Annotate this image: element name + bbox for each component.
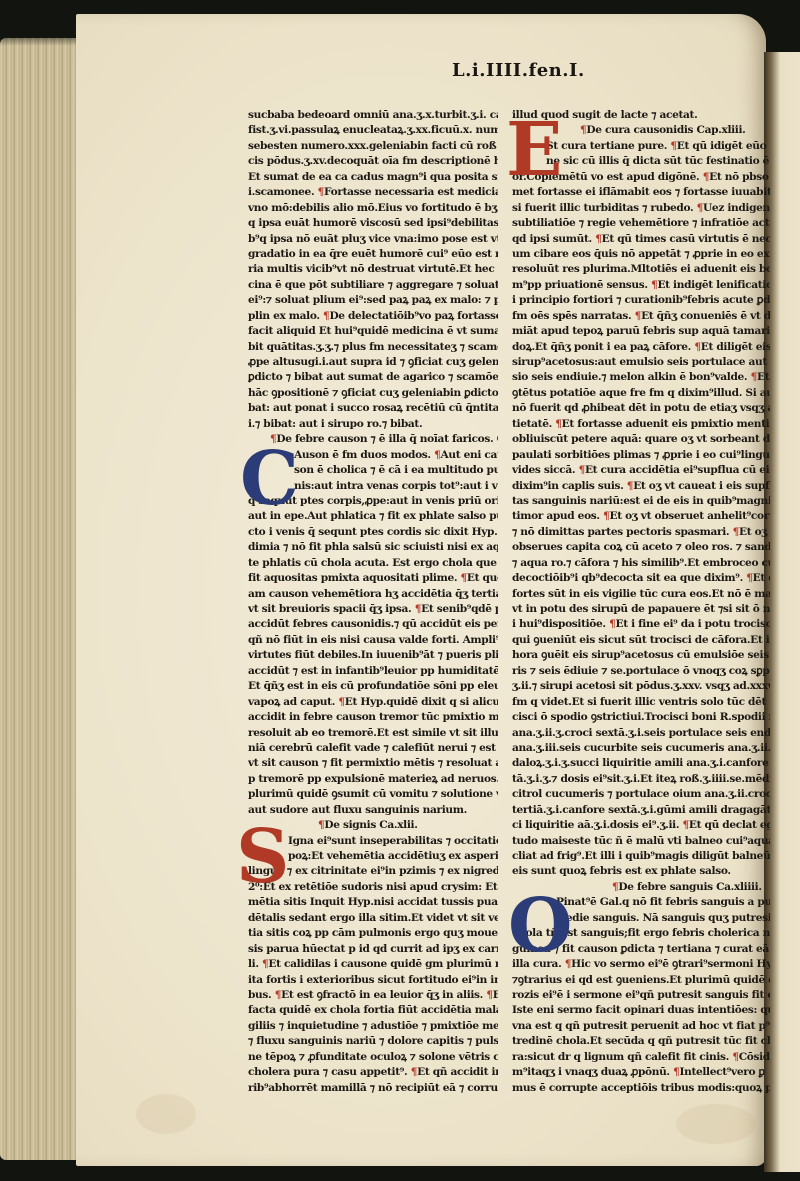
- paragraph-mark-icon: ¶: [318, 186, 324, 198]
- paragraph-mark-icon: ¶: [673, 1066, 679, 1078]
- chapter-44: O Pinat⁹ē Gal.q nō fit febris sanguis a …: [512, 895, 770, 1096]
- left-intro-text: sucbaba bedeoard omniū ana.ʒ.x.turbit.ʒ.…: [248, 108, 498, 432]
- paper-stain: [676, 1104, 756, 1144]
- text-line: sio seis endiuie.⁊ melon alkin ē bon⁹val…: [512, 370, 770, 385]
- paragraph-mark-icon: ¶: [434, 449, 440, 461]
- paragraph-mark-icon: ¶: [651, 279, 657, 291]
- text-line: subtiliatiōe ⁊ regie vehemētiore ⁊ infra…: [512, 216, 770, 231]
- text-line: vno mō:debilis alio mō.Eius vo fortitudo…: [248, 201, 498, 216]
- text-line: b⁹q ipsa nō euāt pluʒ vice vna:imo pose …: [248, 232, 498, 247]
- text-line: tā.ʒ.i.ʒ.⁊ dosis ei⁹sit.ʒ.i.Et iteꝝ roß.…: [512, 772, 770, 787]
- text-line: ꝯtētus potatiōe aque fre fm q dixim⁹illu…: [512, 386, 770, 401]
- paragraph-mark-icon: ¶: [703, 171, 709, 183]
- text-line: te phlatis cū chola acuta. Est ergo chol…: [248, 556, 498, 571]
- text-line: obserues capita coꝝ cū aceto ⁊ oleo ros.…: [512, 540, 770, 555]
- paragraph-mark-icon: ¶: [595, 233, 601, 245]
- paragraph-mark-icon: ¶: [751, 371, 757, 383]
- text-line: vt in potu des sirupū de papauere ēt ⁊si…: [512, 602, 770, 617]
- text-line: Et q̄ñʒ est in eis cū profundatiōe sōni …: [248, 679, 498, 694]
- text-line: niā cerebrū calefit vade ⁊ calefiūt neru…: [248, 741, 498, 756]
- chapter-41: C Auson ē fm duos modos. ¶Aut eni causon…: [248, 448, 498, 819]
- initial-letter-e: E: [506, 113, 562, 187]
- text-line: rozis ei⁹ē i sermone ei⁹qñ putresit sang…: [512, 988, 770, 1003]
- paragraph-mark-icon: ¶: [746, 572, 752, 584]
- text-line: vides siccā. ¶Et cura accidētia ei⁹supfl…: [512, 463, 770, 478]
- text-line: ria multis vicib⁹vt nō destruat virtutē.…: [248, 262, 498, 277]
- text-line: hāc ꝯpositionē ⁊ ꝯficiat cuʒ geleniabin …: [248, 386, 498, 401]
- text-line: tredinē chola.Et secūda q qñ putresit tū…: [512, 1034, 770, 1049]
- paragraph-mark-icon: ¶: [579, 464, 585, 476]
- text-line: fm q videt.Et si fuerit illic ventris so…: [512, 695, 770, 710]
- text-line: vt sit breuioris spacii q̄ʒ ipsa. ¶Et se…: [248, 602, 498, 617]
- text-line: citrol cucumeris ⁊ portulace oium ana.ʒ.…: [512, 787, 770, 802]
- text-line: gradatio in ea q̄re euēt humorē cui⁹ eūo…: [248, 247, 498, 262]
- paragraph-mark-icon: ¶: [732, 1051, 738, 1063]
- text-line: ris ⁊ seis ēdiuie ⁊ se.portulace ō vnoqʒ…: [512, 664, 770, 679]
- fore-edge-shadow: [0, 16, 78, 46]
- text-line: nō fuerit qd ꝓhibeat dēt in potu de etia…: [512, 401, 770, 416]
- initial-letter-s: S: [236, 820, 289, 894]
- text-line: resoluūt res plurima.Mltotiēs ei aduenit…: [512, 262, 770, 277]
- text-line: facit aliquid Et hui⁹quidē medicina ē vt…: [248, 324, 498, 339]
- paper-stain: [136, 1094, 196, 1134]
- text-line: miāt apud tepoꝝ paruū febris sup aquā ta…: [512, 324, 770, 339]
- paragraph-mark-icon: ¶: [635, 310, 641, 322]
- text-line: obliuiscūt petere aquā: quare oʒ vt sorb…: [512, 432, 770, 447]
- paragraph-mark-icon: ¶: [338, 696, 344, 708]
- text-line: ne tēpoꝝ ⁊ ꝓfunditate oculoꝝ ⁊ solone vē…: [248, 1050, 498, 1065]
- text-line: ci liquiritie aā.ʒ.i.dosis ei⁹.ʒ.ii. ¶Et…: [512, 818, 770, 833]
- paragraph-mark-icon: ¶: [683, 819, 689, 831]
- text-line: ei⁹:⁊ soluat plium ei⁹:sed paꝝ paꝝ ex ma…: [248, 293, 498, 308]
- chapter-43-text: St cura tertiane pure. ¶Et qū idigēt eūo…: [512, 139, 770, 880]
- paragraph-mark-icon: ¶: [461, 572, 467, 584]
- text-line: sis parua hūectat p id qd currit ad ipʒ …: [248, 942, 498, 957]
- text-line: ra:sicut dr q lignum qñ calefit fit cini…: [512, 1050, 770, 1065]
- text-line: ana.ʒ.ii.ʒ.croci sextā.ʒ.i.seis portulac…: [512, 726, 770, 741]
- text-line: vt sit causon ⁊ fit permixtio mētis ⁊ re…: [248, 756, 498, 771]
- text-line: daloꝝ.ʒ.i.ʒ.succi liquiritie amili ana.ʒ…: [512, 756, 770, 771]
- text-line: accidit in febre causon tremor tūc pmixt…: [248, 710, 498, 725]
- text-line: accidūt febres causonidis.⁊ qū accidūt e…: [248, 617, 498, 632]
- text-line: ita fortis i exterioribus sicut fortitud…: [248, 973, 498, 988]
- chapter-43: E St cura tertiane pure. ¶Et qū idigēt e…: [512, 139, 770, 880]
- text-line: ⁊ fluxu sanguinis nariū ⁊ dolore capitis…: [248, 1034, 498, 1049]
- text-line: ⁊ nō dimittas partes pectoris spasmari. …: [512, 525, 770, 540]
- text-line: qui ꝯueniūt eis sicut sūt trocisci de cā…: [512, 633, 770, 648]
- text-line: sebesten numero.xxx.geleniabin facti cū …: [248, 139, 498, 154]
- text-line: ꝓpe altusugi.i.aut supra id ⁊ ꝯficiat cu…: [248, 355, 498, 370]
- text-line: m⁹pp priuationē sensus. ¶Et indigēt leni…: [512, 278, 770, 293]
- paragraph-mark-icon: ¶: [670, 140, 676, 152]
- text-line: sucbaba bedeoard omniū ana.ʒ.x.turbit.ʒ.…: [248, 108, 498, 123]
- text-line: ⁊ꝯtrarius ei qd est ꝯueniens.Et plurimū …: [512, 973, 770, 988]
- paragraph-mark-icon: ¶: [603, 510, 609, 522]
- text-line: fortes sūt in eis vigilie tūc cura eos.E…: [512, 587, 770, 602]
- text-line: cina ē que pōt subtiliare ⁊ aggregare ⁊ …: [248, 278, 498, 293]
- text-line: timor apud eos. ¶Et oʒ vt obseruet anhel…: [512, 509, 770, 524]
- paragraph-mark-icon: ¶: [609, 618, 615, 630]
- text-line: cliat ad frig⁹.Et illi i quib⁹magis dili…: [512, 849, 770, 864]
- text-line: si fuerit illic turbiditas ⁊ rubedo. ¶Ue…: [512, 201, 770, 216]
- text-line: cholera pura ⁊ casu appetit⁹. ¶Et qñ acc…: [248, 1065, 498, 1080]
- text-line: tas sanguinis nariū:est ei de eis in qui…: [512, 494, 770, 509]
- text-line: am causon vehemētiora hʒ accidētia q̄ʒ t…: [248, 587, 498, 602]
- text-line: um cibare eos q̄uis nō appetāt ⁊ ꝓprie i…: [512, 247, 770, 262]
- text-line: i.scamonee. ¶Fortasse necessaria est med…: [248, 185, 498, 200]
- text-line: ꝑdicto ⁊ bibat aut sumat de agarico ⁊ sc…: [248, 370, 498, 385]
- text-line: virtutes fiūt debiles.In iuuenib⁹āt ⁊ pu…: [248, 648, 498, 663]
- text-line: li. ¶Et calidilas i causone quidē gm plu…: [248, 957, 498, 972]
- chapter-42: S Igna ei⁹sunt inseperabilitas ⁊ occitat…: [248, 834, 498, 1096]
- text-line: tietatē. ¶Et fortasse aduenit eis pmixti…: [512, 417, 770, 432]
- text-line: resoluit ab eo tremorē.Et est simile vt …: [248, 726, 498, 741]
- text-line: sirup⁹acetosus:aut emulsio seis portulac…: [512, 355, 770, 370]
- text-line: hora ꝯuēit eis sirup⁹acetosus cū emulsiō…: [512, 648, 770, 663]
- text-line: bus. ¶Et est ꝯfractō in ea leuior q̄ʒ in…: [248, 988, 498, 1003]
- text-line: decoctiōib⁹i qb⁹decocta sit ea que dixim…: [512, 571, 770, 586]
- book-spread: L.i.IIII.fen.I. sucbaba bedeoard omniū a…: [0, 0, 800, 1181]
- paragraph-mark-icon: ¶: [486, 989, 492, 1001]
- text-line: tertiā.ʒ.i.canfore sextā.ʒ.i.gūmi amili …: [512, 803, 770, 818]
- paragraph-mark-icon: ¶: [733, 526, 739, 538]
- text-line: dixim⁹in caplis suis. ¶Et oʒ vt caueat i…: [512, 479, 770, 494]
- text-line: vna est q qñ putresit peruenit ad hoc vt…: [512, 1019, 770, 1034]
- text-line: ana.ʒ.iii.seis cucurbite seis cucumeris …: [512, 741, 770, 756]
- text-line: tia sitis coꝝ pp cām pulmonis ergo quʒ m…: [248, 926, 498, 941]
- text-line: accidūt ⁊ est in infantib⁹leuior pp humi…: [248, 664, 498, 679]
- paragraph-mark-icon: ¶: [262, 958, 268, 970]
- paragraph-mark-icon: ¶: [627, 480, 633, 492]
- text-line: giliis ⁊ inquietudine ⁊ adustiōe ⁊ pmixt…: [248, 1019, 498, 1034]
- text-line: i principio fortiori ⁊ curationib⁹febris…: [512, 293, 770, 308]
- paragraph-mark-icon: ¶: [411, 1066, 417, 1078]
- text-line: plurimū quidē ꝯsumit cū vomitu ⁊ solutio…: [248, 787, 498, 802]
- text-line: qd ipsi sumūt. ¶Et qū times casū virtuti…: [512, 232, 770, 247]
- running-head: L.i.IIII.fen.I.: [452, 60, 585, 81]
- text-line: cto i venis q̄ sequnt ptes cordis sic di…: [248, 525, 498, 540]
- paragraph-mark-icon: ¶: [323, 310, 329, 322]
- text-line: rib⁹abhorrēt mamillā ⁊ nō recipiūt eā ⁊ …: [248, 1081, 498, 1096]
- text-line: Et sumat de ea ca cadus magn⁹i qua posit…: [248, 170, 498, 185]
- paragraph-mark-icon: ¶: [694, 341, 700, 353]
- text-line: fist.ʒ.vi.passulaꝝ enucleataꝝ.ʒ.xx.ficuū…: [248, 123, 498, 138]
- text-line: cis pōdus.ʒ.xv.decoquāt oīa fm descripti…: [248, 154, 498, 169]
- text-line: fm oēs spēs narratas. ¶Et q̄ñʒ conueniēs…: [512, 309, 770, 324]
- text-line: vapoꝝ ad caput. ¶Et Hyp.quidē dixit q si…: [248, 695, 498, 710]
- text-line: dimia ⁊ nō fit phla salsū sic sciuisti n…: [248, 540, 498, 555]
- text-line: q ipsa euāt humorē viscosū sed ipsi⁹debi…: [248, 216, 498, 231]
- paragraph-mark-icon: ¶: [415, 603, 421, 615]
- text-line: bat: aut ponat i succo rosaꝝ recētiū cū …: [248, 401, 498, 416]
- text-line: i.⁊ bibat: aut i sirupo ro.⁊ bibat.: [248, 417, 498, 432]
- text-line: ʒ.ii.⁊ sirupi acetosi sit pōdus.ʒ.xxv. v…: [512, 679, 770, 694]
- text-line: m⁹itaqʒ i vnaqʒ duaꝝ ꝓpōnū. ¶Intellect⁹v…: [512, 1065, 770, 1080]
- right-column: illud quod sugit de lacte ⁊ acetat. ¶De …: [512, 108, 770, 1096]
- text-line: tudo maiseste tūc ñ ē malū vti balneo cu…: [512, 834, 770, 849]
- text-line: eis sunt quoꝝ febris est ex phlate salso…: [512, 864, 770, 879]
- text-line: bit quātitas.ʒ.ʒ.⁊ plus fm necessitateʒ …: [248, 340, 498, 355]
- left-column: sucbaba bedeoard omniū ana.ʒ.x.turbit.ʒ.…: [248, 108, 498, 1096]
- initial-letter-c: C: [240, 442, 299, 516]
- text-line: mus ē corrupte acceptiōis tribus modis:q…: [512, 1081, 770, 1096]
- text-line: paulati sorbitiōes plimas ⁊ ꝓprie i eo c…: [512, 448, 770, 463]
- text-line: i hui⁹dispositiōe. ¶Et i fine ei⁹ da i p…: [512, 617, 770, 632]
- initial-letter-o: O: [508, 889, 572, 963]
- text-line: cisci ō spodio ꝯstrictiui.Trocisci boni …: [512, 710, 770, 725]
- text-line: dētalis sedant ergo illa sitim.Et videt …: [248, 911, 498, 926]
- page-fore-edge: [0, 38, 78, 1160]
- text-line: Iste eni sermo facit opinari duas intent…: [512, 1003, 770, 1018]
- text-line: qñ nō fiūt in eis nisi causa valde forti…: [248, 633, 498, 648]
- text-line: plin ex malo. ¶De delectatiōib⁹vo paꝝ fo…: [248, 309, 498, 324]
- text-line: doꝝ.Et q̄ñʒ ponit i ea paꝝ cāfore. ¶Et d…: [512, 340, 770, 355]
- paragraph-mark-icon: ¶: [275, 989, 281, 1001]
- text-line: p tremorē pp expulsionē materieꝝ ad neru…: [248, 772, 498, 787]
- paragraph-mark-icon: ¶: [697, 202, 703, 214]
- text-line: ⁊ aqua ro.⁊ cāfora ⁊ his similib⁹.Et emb…: [512, 556, 770, 571]
- text-line: facta quidē ex chola fortia fiūt accidēt…: [248, 1003, 498, 1018]
- text-line: fit aquositas pmixta aquositati plime. ¶…: [248, 571, 498, 586]
- paragraph-mark-icon: ¶: [555, 418, 561, 430]
